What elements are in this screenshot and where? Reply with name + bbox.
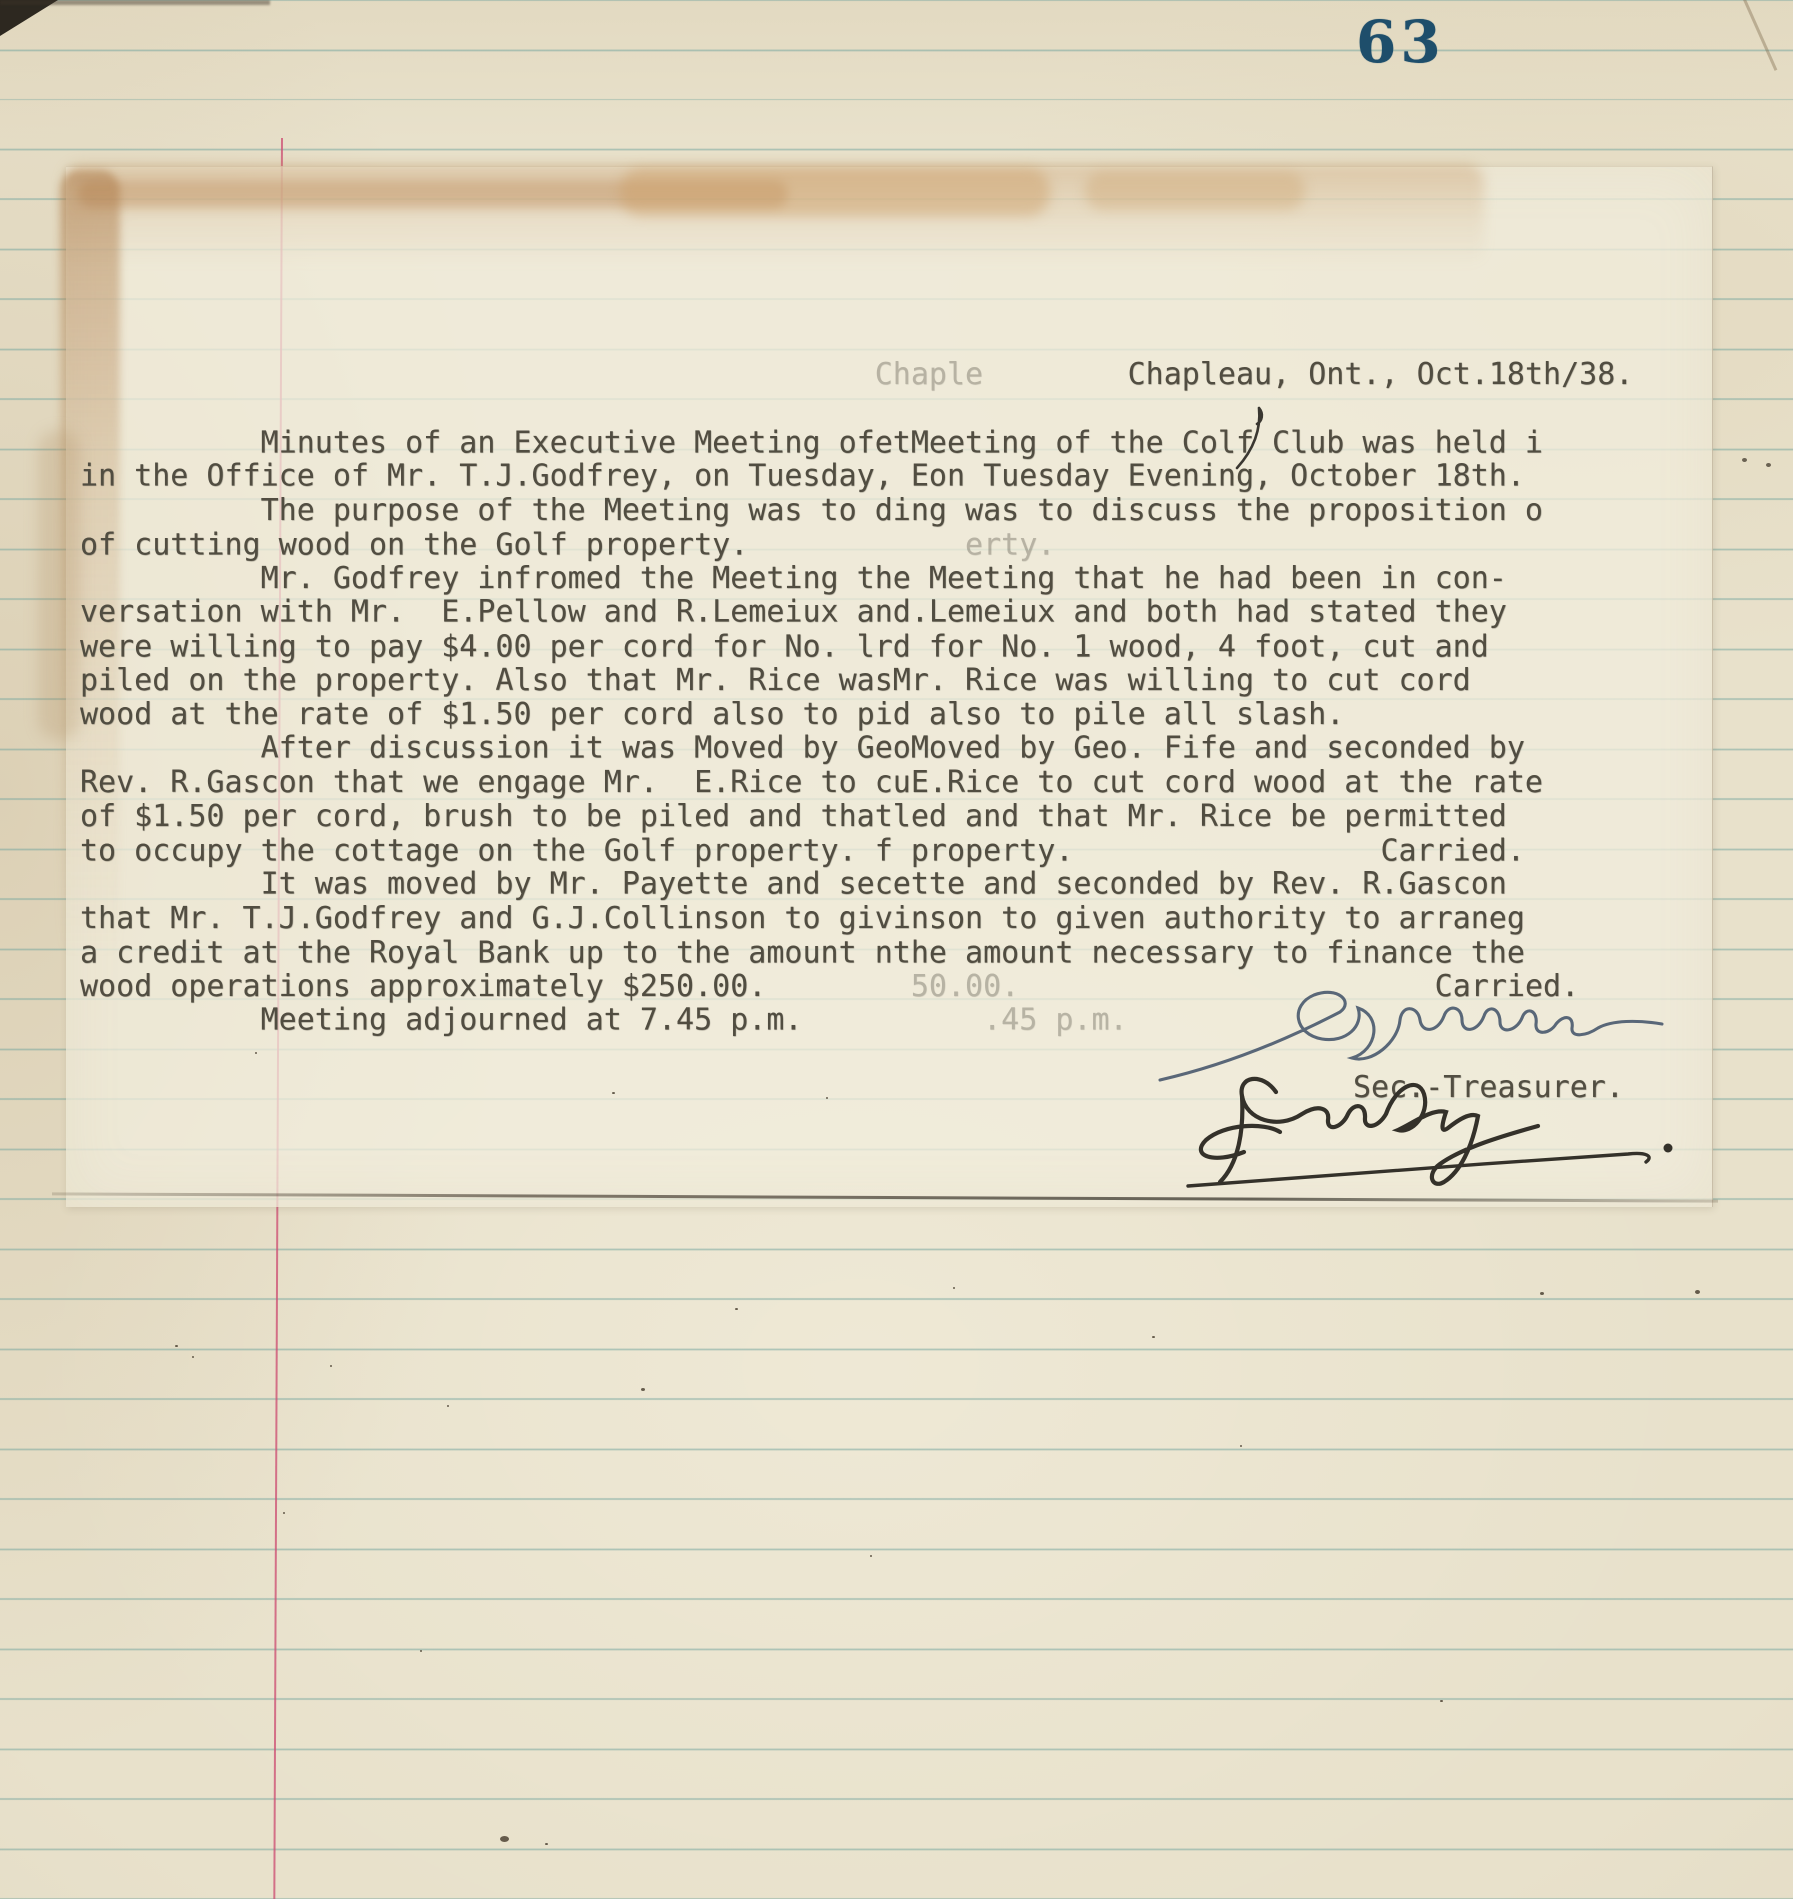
typed-text: of $1.50 per cord, brush to be piled and… [80, 799, 1507, 834]
typed-text: Carried. [1380, 834, 1525, 869]
typed-text: piled on the property. Also that Mr. Ric… [80, 663, 1471, 698]
typed-line: Minutes of an Executive Meeting ofetMeet… [80, 427, 1633, 461]
paper-speck [500, 1836, 509, 1842]
typed-line: a credit at the Royal Bank up to the amo… [80, 937, 1633, 971]
typed-ghost-text: .45 p.m. [983, 1002, 1128, 1037]
scanned-ledger-page: { "page": { "number": "63" }, "dateline"… [0, 0, 1793, 1899]
typed-text: Meeting adjourned at 7.45 p.m. [80, 1002, 802, 1037]
paper-speck [330, 1365, 332, 1367]
stain-blotch [1085, 172, 1305, 210]
paper-speck [283, 1512, 285, 1514]
paper-speck [1540, 1292, 1544, 1295]
godfrey-signature [1180, 1068, 1700, 1200]
typed-text: It was moved by Mr. Payette and secette … [80, 866, 1507, 901]
paper-speck [175, 1345, 178, 1347]
typed-line: Chaple Chapleau, Ont., Oct.18th/38. [80, 358, 1633, 392]
paper-speck [641, 1388, 645, 1391]
typed-line: versation with Mr. E.Pellow and R.Lemeiu… [80, 595, 1633, 629]
paper-speck [1240, 1445, 1242, 1447]
ink-dot [1766, 463, 1771, 467]
paper-speck [192, 1356, 194, 1358]
typed-line: were willing to pay $4.00 per cord for N… [80, 631, 1633, 665]
typed-ghost-text: 50.00. [911, 969, 1019, 1004]
paper-speck [1695, 1290, 1700, 1294]
typed-text: were willing to pay $4.00 per cord for N… [80, 630, 1489, 665]
page-number: 63 [1356, 8, 1445, 76]
typed-line [80, 392, 1633, 426]
typed-line: to occupy the cottage on the Golf proper… [80, 835, 1633, 869]
typed-line: in the Office of Mr. T.J.Godfrey, on Tue… [80, 459, 1633, 493]
typed-line: After discussion it was Moved by GeoMove… [80, 731, 1633, 765]
typed-text [802, 1002, 983, 1037]
paper-speck [612, 1092, 615, 1094]
paper-speck [420, 1650, 422, 1652]
typed-text: Mr. Godfrey infromed the Meeting the Mee… [80, 561, 1507, 596]
typed-text: to occupy the cottage on the Golf proper… [80, 834, 1073, 869]
typed-line: wood at the rate of $1.50 per cord also … [80, 698, 1633, 732]
typed-line: Rev. R.Gascon that we engage Mr. E.Rice … [80, 766, 1633, 800]
paper-speck [545, 1843, 548, 1845]
typed-text: Chapleau, Ont., Oct.18th/38. [1128, 357, 1634, 392]
typed-line: The purpose of the Meeting was to ding w… [80, 494, 1633, 528]
typed-text [80, 357, 875, 392]
paper-speck [826, 1097, 828, 1099]
paper-speck [870, 1555, 872, 1557]
typed-text: versation with Mr. E.Pellow and R.Lemeiu… [80, 594, 1507, 629]
typed-text [1073, 834, 1380, 869]
typed-text: that Mr. T.J.Godfrey and G.J.Collinson t… [80, 901, 1525, 936]
typed-text: After discussion it was Moved by GeoMove… [80, 730, 1525, 765]
stain-page-edge [38, 430, 80, 740]
typed-text [983, 357, 1128, 392]
typed-text: of cutting wood on the Golf property. [80, 528, 748, 563]
paper-speck [447, 1405, 449, 1407]
paper-speck [1440, 1700, 1443, 1702]
handwritten-correction-mark [1228, 404, 1270, 474]
typed-text: wood at the rate of $1.50 per cord also … [80, 697, 1344, 732]
paper-speck [735, 1308, 738, 1310]
typed-ghost-text: erty. [965, 528, 1055, 563]
paper-speck [953, 1287, 955, 1289]
typed-lines: Chaple Chapleau, Ont., Oct.18th/38. Minu… [80, 358, 1633, 1038]
typed-text: The purpose of the Meeting was to ding w… [80, 493, 1543, 528]
typed-line: of $1.50 per cord, brush to be piled and… [80, 800, 1633, 834]
ink-dot [1742, 458, 1747, 462]
stain-blotch [620, 168, 1050, 216]
typed-line: that Mr. T.J.Godfrey and G.J.Collinson t… [80, 902, 1633, 936]
typed-ghost-text: Chaple [875, 357, 983, 392]
typed-text: wood operations approximately $250.00. [80, 969, 766, 1004]
typed-text: a credit at the Royal Bank up to the amo… [80, 936, 1525, 971]
typed-line: piled on the property. Also that Mr. Ric… [80, 664, 1633, 698]
typed-text: Minutes of an Executive Meeting ofetMeet… [80, 426, 1543, 461]
typed-line: It was moved by Mr. Payette and secette … [80, 867, 1633, 901]
typed-line: of cutting wood on the Golf property. er… [80, 529, 1633, 563]
typed-text [766, 969, 911, 1004]
paper-speck [1152, 1336, 1155, 1338]
typed-text [748, 528, 965, 563]
typed-line: Mr. Godfrey infromed the Meeting the Mee… [80, 562, 1633, 596]
dark-top-edge [0, 0, 270, 5]
typed-text: in the Office of Mr. T.J.Godfrey, on Tue… [80, 458, 1525, 493]
paper-speck [255, 1052, 257, 1054]
typed-text: Rev. R.Gascon that we engage Mr. E.Rice … [80, 765, 1543, 800]
